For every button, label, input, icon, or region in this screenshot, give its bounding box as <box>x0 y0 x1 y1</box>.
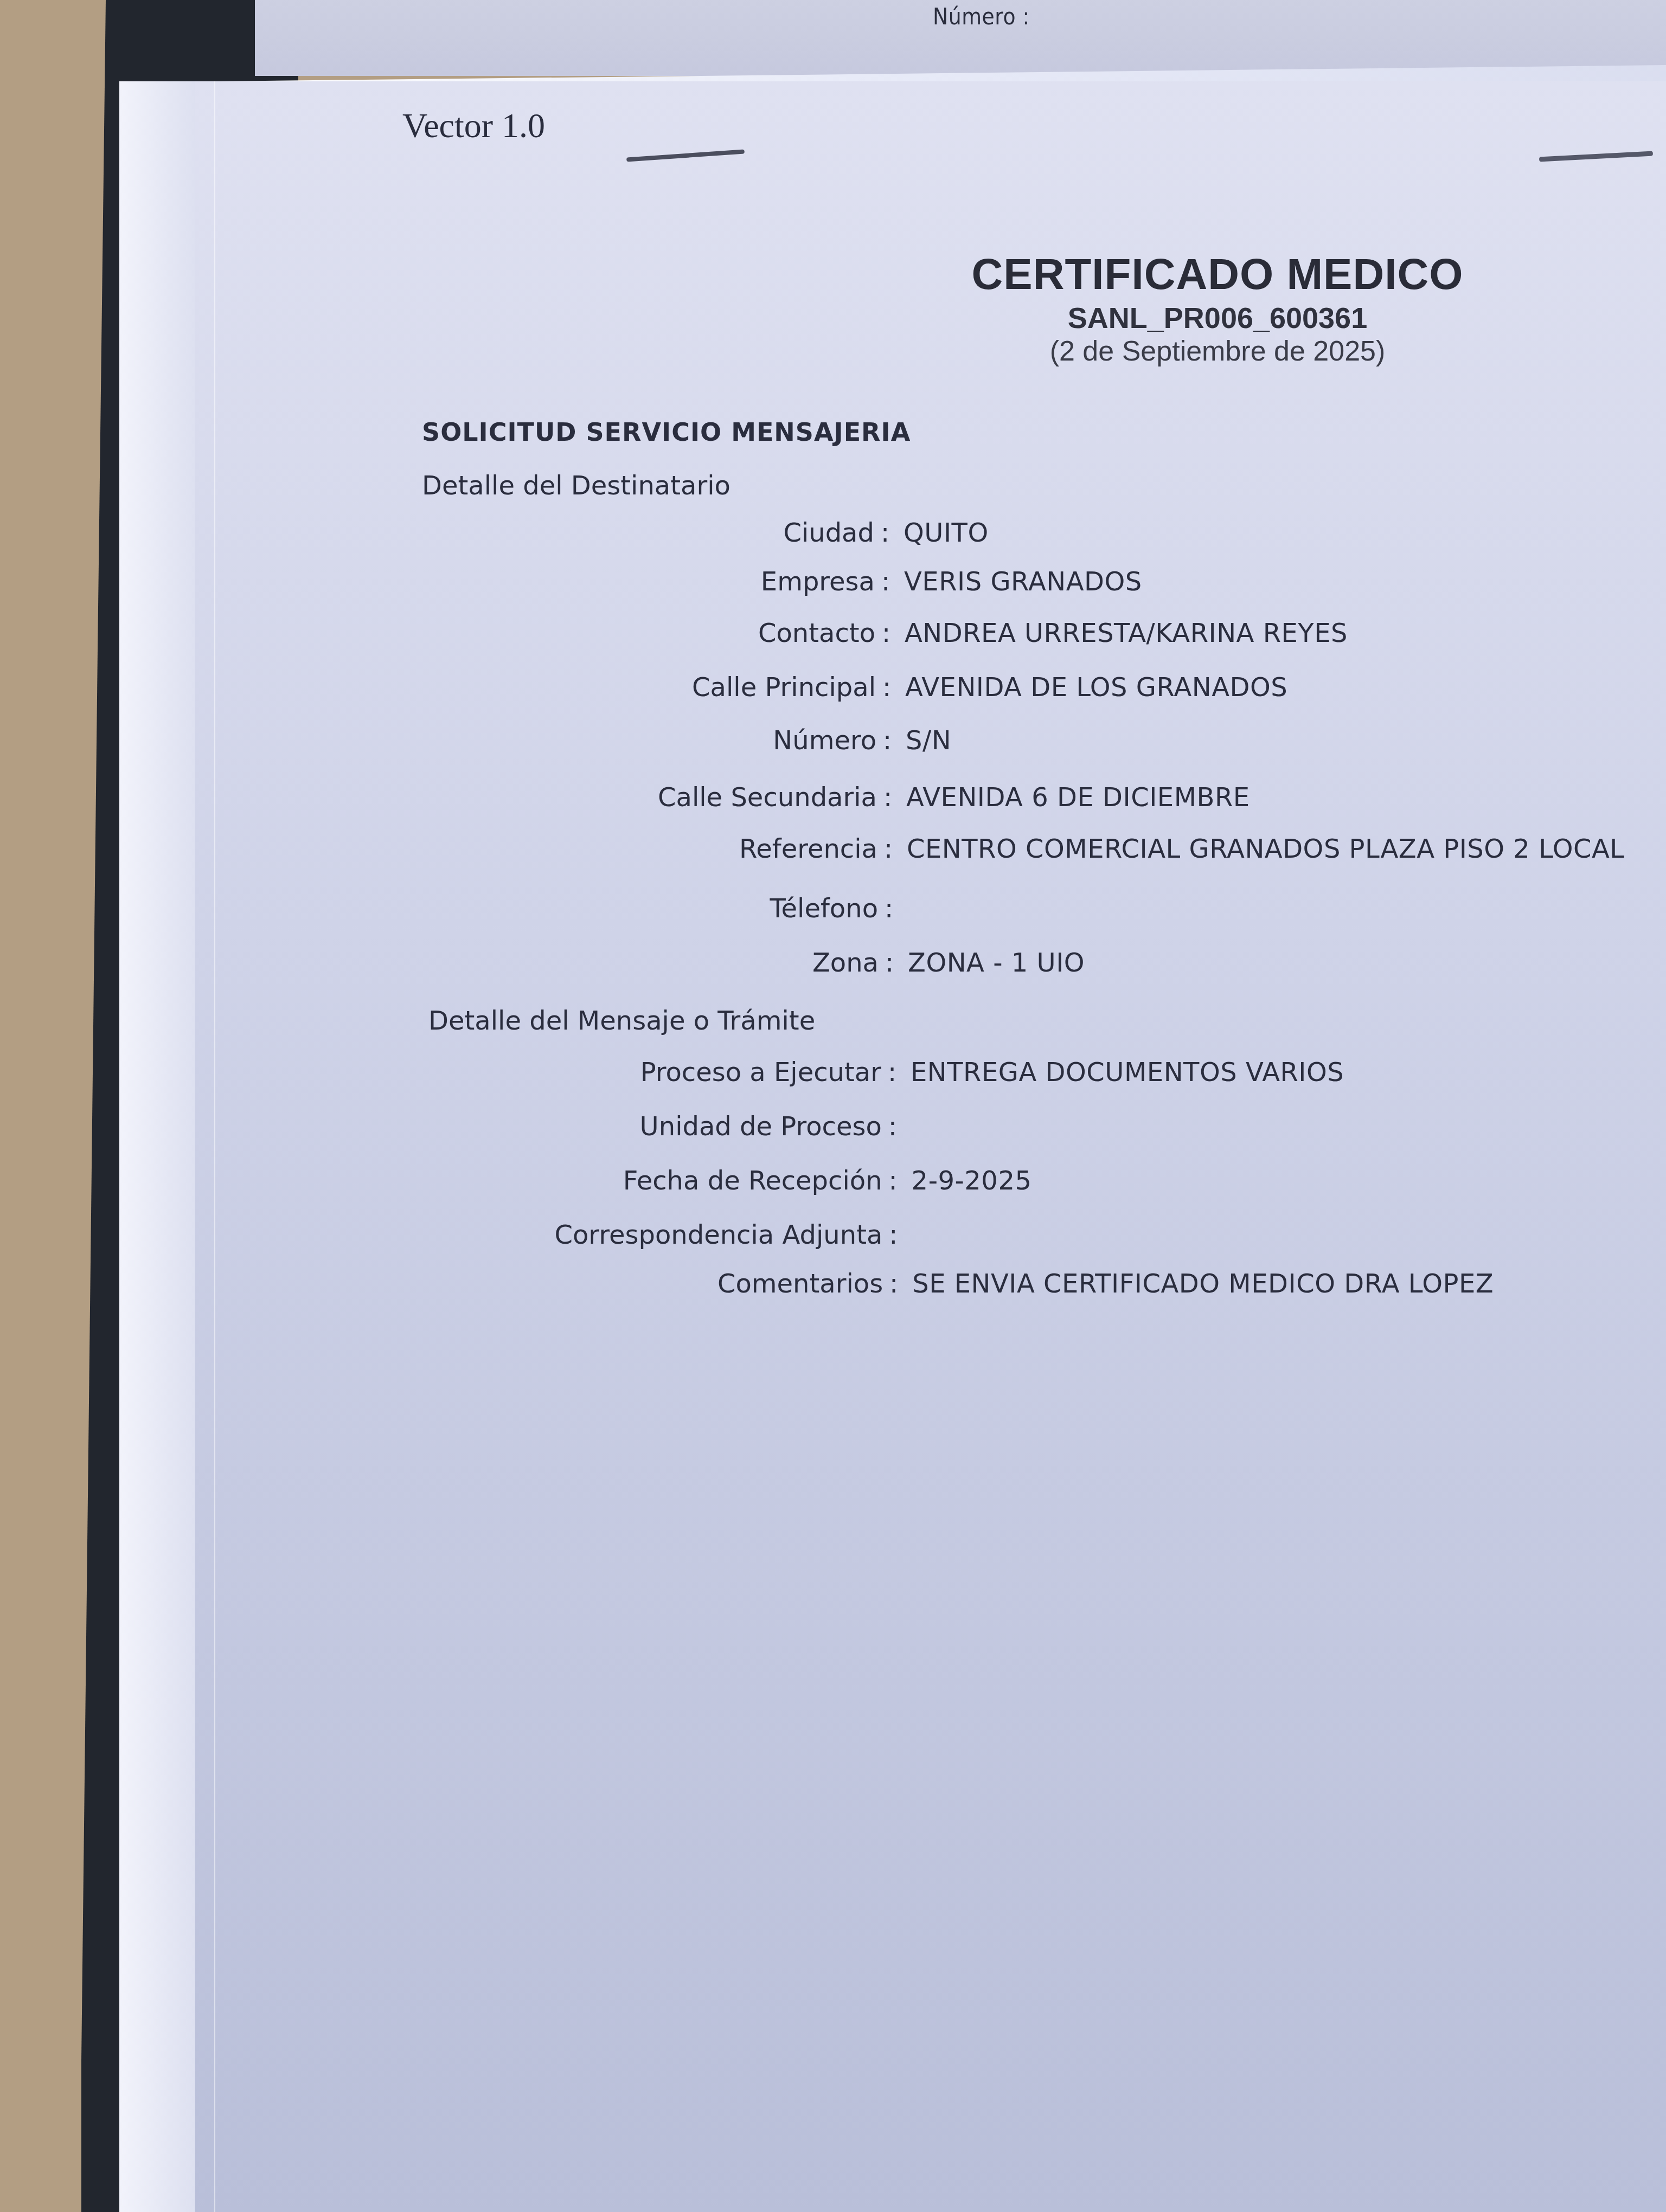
field-label: Télefono <box>0 893 878 924</box>
field-colon: : <box>881 1057 903 1088</box>
message-heading: Detalle del Mensaje o Trámite <box>428 1006 815 1036</box>
field-colon: : <box>878 893 900 924</box>
field-colon: : <box>879 948 900 978</box>
field-row: Zona:ZONA - 1 UIO <box>0 948 1085 978</box>
field-row: Comentarios:SE ENVIA CERTIFICADO MEDICO … <box>0 1269 1494 1299</box>
field-row: Fecha de Recepción:2-9-2025 <box>0 1166 1031 1196</box>
field-colon: : <box>876 725 898 756</box>
field-label: Proceso a Ejecutar <box>0 1057 881 1088</box>
field-label: Calle Principal <box>0 672 876 703</box>
field-colon: : <box>882 1220 904 1250</box>
field-value: ENTREGA DOCUMENTOS VARIOS <box>903 1057 1344 1088</box>
field-value: 2-9-2025 <box>904 1166 1032 1196</box>
field-label: Zona <box>0 948 879 978</box>
recipient-heading: Detalle del Destinatario <box>422 471 731 501</box>
field-label: Correspondencia Adjunta <box>0 1220 882 1250</box>
signature-line-left <box>626 149 745 162</box>
field-value: AVENIDA 6 DE DICIEMBRE <box>899 782 1250 813</box>
field-colon: : <box>877 782 899 813</box>
reference-code: SANL_PR006_600361 <box>960 301 1475 335</box>
field-label: Empresa <box>0 567 875 597</box>
field-row: Télefono: <box>0 893 907 924</box>
field-row: Correspondencia Adjunta: <box>0 1220 912 1250</box>
field-row: Ciudad:QUITO <box>0 518 989 548</box>
document-title: CERTIFICADO MEDICO <box>960 249 1475 299</box>
version-label: Vector 1.0 <box>402 106 545 146</box>
field-colon: : <box>875 567 896 597</box>
field-colon: : <box>875 618 897 648</box>
field-label: Número <box>0 725 876 756</box>
field-colon: : <box>876 672 898 703</box>
field-colon: : <box>882 1166 904 1196</box>
field-label: Calle Secundaria <box>0 782 877 813</box>
field-label: Comentarios <box>0 1269 883 1299</box>
field-label: Referencia <box>0 834 877 864</box>
field-label: Unidad de Proceso <box>0 1111 882 1142</box>
field-value: AVENIDA DE LOS GRANADOS <box>898 672 1287 703</box>
signature-line-right <box>1539 151 1653 162</box>
field-value: SE ENVIA CERTIFICADO MEDICO DRA LOPEZ <box>905 1269 1494 1299</box>
field-row: Calle Principal:AVENIDA DE LOS GRANADOS <box>0 672 1287 703</box>
field-row: Contacto:ANDREA URRESTA/KARINA REYES <box>0 618 1348 648</box>
field-colon: : <box>883 1269 905 1299</box>
field-colon: : <box>882 1111 904 1142</box>
field-label: Fecha de Recepción <box>0 1166 882 1196</box>
field-row: Referencia:CENTRO COMERCIAL GRANADOS PLA… <box>0 834 1625 864</box>
field-row: Proceso a Ejecutar:ENTREGA DOCUMENTOS VA… <box>0 1057 1344 1088</box>
field-value: ANDREA URRESTA/KARINA REYES <box>897 618 1348 648</box>
certificate-document: Vector 1.0 CERTIFICADO MEDICO SANL_PR006… <box>0 0 1666 2212</box>
field-colon: : <box>877 834 899 864</box>
field-row: Empresa:VERIS GRANADOS <box>0 567 1142 597</box>
field-label: Ciudad <box>0 518 874 548</box>
field-value: CENTRO COMERCIAL GRANADOS PLAZA PISO 2 L… <box>899 834 1625 864</box>
field-row: Número:S/N <box>0 725 951 756</box>
field-label: Contacto <box>0 618 875 648</box>
field-value: S/N <box>898 725 951 756</box>
field-row: Calle Secundaria:AVENIDA 6 DE DICIEMBRE <box>0 782 1250 813</box>
field-value: QUITO <box>896 518 989 548</box>
field-row: Unidad de Proceso: <box>0 1111 911 1142</box>
field-value: ZONA - 1 UIO <box>900 948 1085 978</box>
field-value: VERIS GRANADOS <box>896 567 1142 597</box>
document-header: CERTIFICADO MEDICO SANL_PR006_600361 (2 … <box>960 249 1475 368</box>
section-title: SOLICITUD SERVICIO MENSAJERIA <box>422 417 911 447</box>
field-colon: : <box>874 518 896 548</box>
document-date: (2 de Septiembre de 2025) <box>960 335 1475 368</box>
